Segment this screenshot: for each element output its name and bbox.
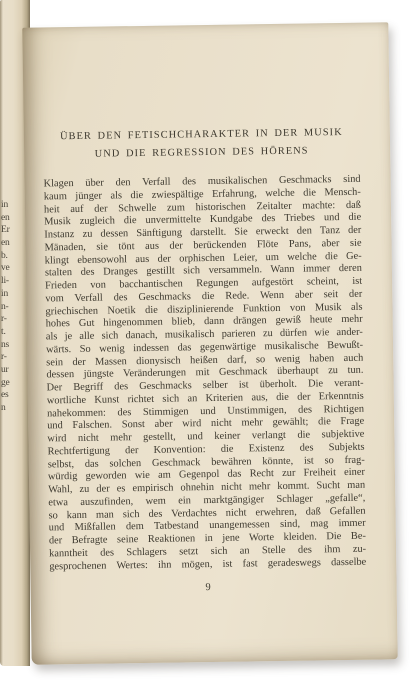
left-page-text-fragment: ge (1, 377, 11, 390)
left-page-text-fragment: li- (1, 275, 11, 288)
left-page-text-fragment: es (1, 389, 11, 402)
left-page-text-fragment: en (1, 212, 11, 225)
left-page-text-fragment: ve (1, 262, 11, 275)
left-page-text-fragment: r- (1, 351, 11, 364)
book-page: ÜBER DEN FETISCHCHARAKTER IN DER MUSIK U… (22, 22, 397, 664)
book-photo: inenErenb.veli-inn-r-t.nsr-urgeesn ÜBER … (0, 0, 420, 700)
left-page-text-fragment: n- (1, 301, 11, 314)
left-page-text-fragment: n (1, 402, 11, 415)
left-page-text-fragment: r- (1, 313, 11, 326)
left-page-text-fragment: b. (1, 250, 11, 263)
left-page-text-fragment: ns (1, 339, 11, 352)
left-page-text-fragment: Er (1, 224, 11, 237)
title-line-1: ÜBER DEN FETISCHCHARAKTER IN DER MUSIK (60, 127, 343, 142)
left-page-text-fragment: in (1, 288, 11, 301)
left-page-text-fragment: t. (1, 326, 11, 339)
left-page-text-fragment: in (1, 199, 11, 212)
left-page-text-fragments: inenErenb.veli-inn-r-t.nsr-urgeesn (1, 199, 11, 415)
body-text: Klagen über den Verfall des musikalische… (44, 174, 367, 574)
page-number: 9 (50, 580, 367, 596)
title-line-2: UND DIE REGRESSION DES HÖRENS (95, 146, 309, 160)
left-page-text-fragment: en (1, 237, 11, 250)
page-title: ÜBER DEN FETISCHCHARAKTER IN DER MUSIK U… (43, 124, 360, 165)
left-page-text-fragment: ur (1, 364, 11, 377)
